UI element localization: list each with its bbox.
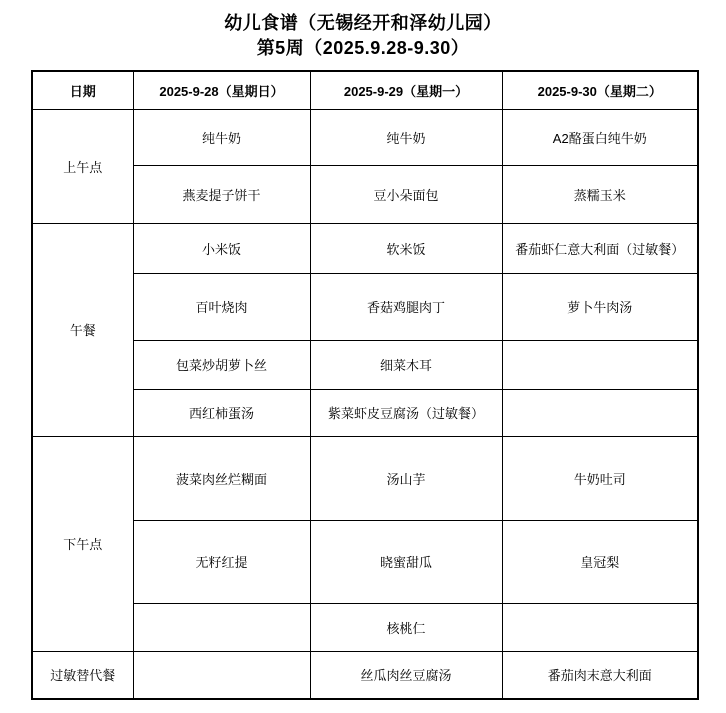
menu-cell: 皇冠梨: [502, 520, 698, 603]
menu-cell: 萝卜牛肉汤: [502, 273, 698, 340]
menu-cell: 核桃仁: [310, 603, 502, 651]
table-row: 午餐 小米饭 软米饭 番茄虾仁意大利面（过敏餐）: [32, 223, 698, 273]
table-row: 下午点 菠菜肉丝烂糊面 汤山芋 牛奶吐司: [32, 436, 698, 520]
menu-cell: [502, 340, 698, 389]
menu-table: 日期 2025-9-28（星期日） 2025-9-29（星期一） 2025-9-…: [31, 70, 699, 700]
row-header-morning-snack: 上午点: [32, 109, 133, 223]
menu-cell: 菠菜肉丝烂糊面: [133, 436, 310, 520]
menu-cell: [133, 651, 310, 699]
menu-cell: 纯牛奶: [133, 109, 310, 165]
column-header-monday: 2025-9-29（星期一）: [310, 71, 502, 109]
menu-cell: 牛奶吐司: [502, 436, 698, 520]
menu-cell: 百叶烧肉: [133, 273, 310, 340]
header-row: 日期 2025-9-28（星期日） 2025-9-29（星期一） 2025-9-…: [32, 71, 698, 109]
row-header-allergy-substitute: 过敏替代餐: [32, 651, 133, 699]
menu-cell: 纯牛奶: [310, 109, 502, 165]
menu-cell: 燕麦提子饼干: [133, 165, 310, 223]
table-row: 上午点 纯牛奶 纯牛奶 A2酪蛋白纯牛奶: [32, 109, 698, 165]
menu-cell: 豆小朵面包: [310, 165, 502, 223]
menu-cell: 包菜炒胡萝卜丝: [133, 340, 310, 389]
menu-cell: 汤山芋: [310, 436, 502, 520]
page-title: 幼儿食谱（无锡经开和泽幼儿园）: [0, 11, 726, 36]
title-block: 幼儿食谱（无锡经开和泽幼儿园） 第5周（2025.9.28-9.30）: [0, 11, 726, 61]
menu-cell: 西红柿蛋汤: [133, 389, 310, 436]
column-header-tuesday: 2025-9-30（星期二）: [502, 71, 698, 109]
menu-cell: 番茄肉末意大利面: [502, 651, 698, 699]
menu-cell: 紫菜虾皮豆腐汤（过敏餐）: [310, 389, 502, 436]
menu-cell: 番茄虾仁意大利面（过敏餐）: [502, 223, 698, 273]
table-row: 过敏替代餐 丝瓜肉丝豆腐汤 番茄肉末意大利面: [32, 651, 698, 699]
menu-cell: 软米饭: [310, 223, 502, 273]
menu-cell: 蒸糯玉米: [502, 165, 698, 223]
menu-cell: A2酪蛋白纯牛奶: [502, 109, 698, 165]
menu-cell: 香菇鸡腿肉丁: [310, 273, 502, 340]
menu-cell: [502, 389, 698, 436]
menu-cell: 晓蜜甜瓜: [310, 520, 502, 603]
header-date-label: 日期: [32, 71, 133, 109]
menu-cell: 丝瓜肉丝豆腐汤: [310, 651, 502, 699]
menu-cell: [502, 603, 698, 651]
menu-cell: 细菜木耳: [310, 340, 502, 389]
row-header-lunch: 午餐: [32, 223, 133, 436]
menu-cell: 小米饭: [133, 223, 310, 273]
menu-cell: 无籽红提: [133, 520, 310, 603]
menu-cell: [133, 603, 310, 651]
page-subtitle: 第5周（2025.9.28-9.30）: [0, 36, 726, 61]
column-header-sunday: 2025-9-28（星期日）: [133, 71, 310, 109]
row-header-afternoon-snack: 下午点: [32, 436, 133, 651]
menu-page: 幼儿食谱（无锡经开和泽幼儿园） 第5周（2025.9.28-9.30） 日期 2…: [0, 0, 726, 713]
